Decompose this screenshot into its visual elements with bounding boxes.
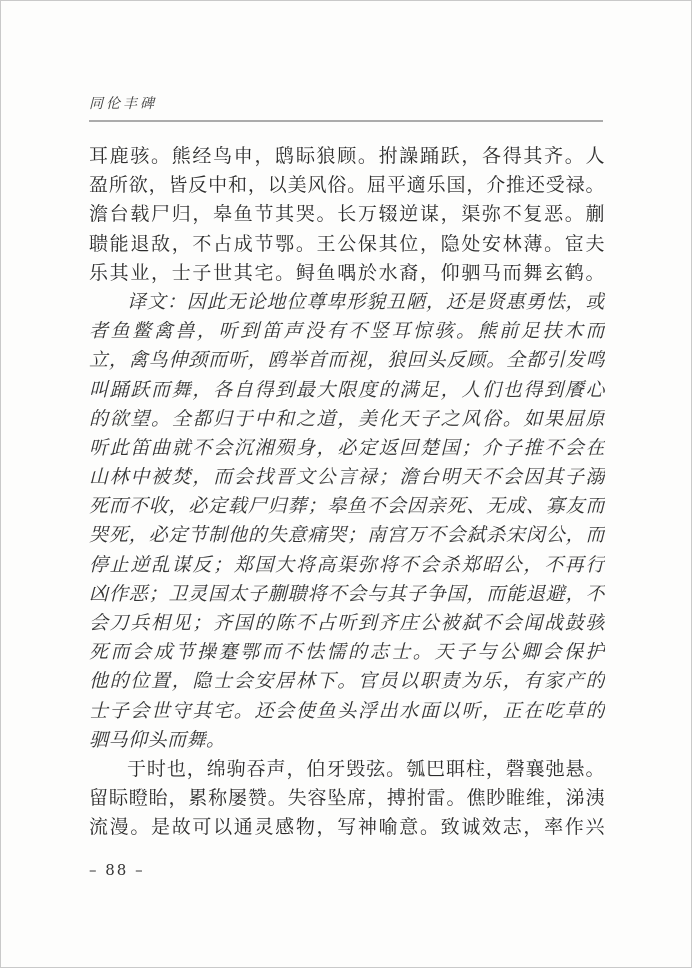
text-line: 立，禽鸟伸颈而听，鸥举首而视，狼回头反顾。全都引发鸣 — [89, 346, 605, 375]
header-rule — [89, 120, 603, 122]
text-line: 耳鹿骇。熊经鸟申，鸱眎狼顾。拊譟踊跃，各得其齐。人 — [89, 142, 605, 171]
page-number: – 88 – — [89, 861, 145, 879]
text-line: 乐其业，士子世其宅。鲟鱼喁於水裔，仰驷马而舞玄鹤。 — [89, 259, 605, 288]
text-line: 叫踊跃而舞，各自得到最大限度的满足，人们也得到餍心 — [89, 376, 605, 405]
text-line: 者鱼鳖禽兽，听到笛声没有不竖耳惊骇。熊前足扶木而 — [89, 317, 605, 346]
running-head: 同伦丰碑 — [89, 93, 603, 122]
text-line: 会刀兵相见；齐国的陈不占听到齐庄公被弑不会闻战鼓骇 — [89, 609, 605, 638]
text-line: 他的位置，隐士会安居林下。官员以职责为乐，有家产的 — [89, 667, 605, 696]
page-footer: – 88 – — [89, 861, 145, 879]
text-line: 停止逆乱谋反；郑国大将高渠弥将不会杀郑昭公，不再行 — [89, 551, 605, 580]
text-line: 留眎瞪眙，累称屡赞。失容坠席，搏拊雷。僬眇睢维，涕洟 — [89, 784, 605, 813]
page-body-text: 耳鹿骇。熊经鸟申，鸱眎狼顾。拊譟踊跃，各得其齐。人盈所欲，皆反中和，以美风俗。屈… — [89, 142, 605, 843]
text-line: 死而会成节操蹇鄂而不怯懦的志士。天子与公卿会保护 — [89, 638, 605, 667]
text-line: 士子会世守其宅。还会使鱼头浮出水面以听，正在吃草的 — [89, 697, 605, 726]
text-line: 驷马仰头而舞。 — [89, 726, 605, 755]
text-line: 山林中被焚，而会找晋文公言禄；澹台明天不会因其子溺 — [89, 463, 605, 492]
text-line: 译文：因此无论地位尊卑形貌丑陋，还是贤惠勇怯，或 — [89, 288, 605, 317]
text-line: 听此笛曲就不会沉湘殒身，必定返回楚国；介子推不会在 — [89, 434, 605, 463]
text-line: 死而不收，必定载尸归葬；皋鱼不会因亲死、无成、寡友而 — [89, 492, 605, 521]
text-line: 聩能退敌，不占成节鄂。王公保其位，隐处安林薄。宦夫 — [89, 230, 605, 259]
text-line: 凶作恶；卫灵国太子蒯聩将不会与其子争国，而能退避，不 — [89, 580, 605, 609]
text-line: 哭死，必定节制他的失意痛哭；南宫万不会弑杀宋闵公，而 — [89, 521, 605, 550]
document-page: 同伦丰碑 耳鹿骇。熊经鸟申，鸱眎狼顾。拊譟踊跃，各得其齐。人盈所欲，皆反中和，以… — [0, 0, 692, 968]
text-line: 澹台载尸归，皋鱼节其哭。长万辍逆谋，渠弥不复恶。蒯 — [89, 200, 605, 229]
text-line: 流漫。是故可以通灵感物，写神喻意。致诚效志，率作兴 — [89, 813, 605, 842]
text-line: 于时也，绵驹吞声，伯牙毁弦。瓠巴聑柱，磬襄弛悬。 — [89, 755, 605, 784]
running-head-title: 同伦丰碑 — [89, 93, 603, 113]
text-line: 盈所欲，皆反中和，以美风俗。屈平適乐国，介推还受禄。 — [89, 171, 605, 200]
text-line: 的欲望。全都归于中和之道，美化天子之风俗。如果屈原 — [89, 405, 605, 434]
